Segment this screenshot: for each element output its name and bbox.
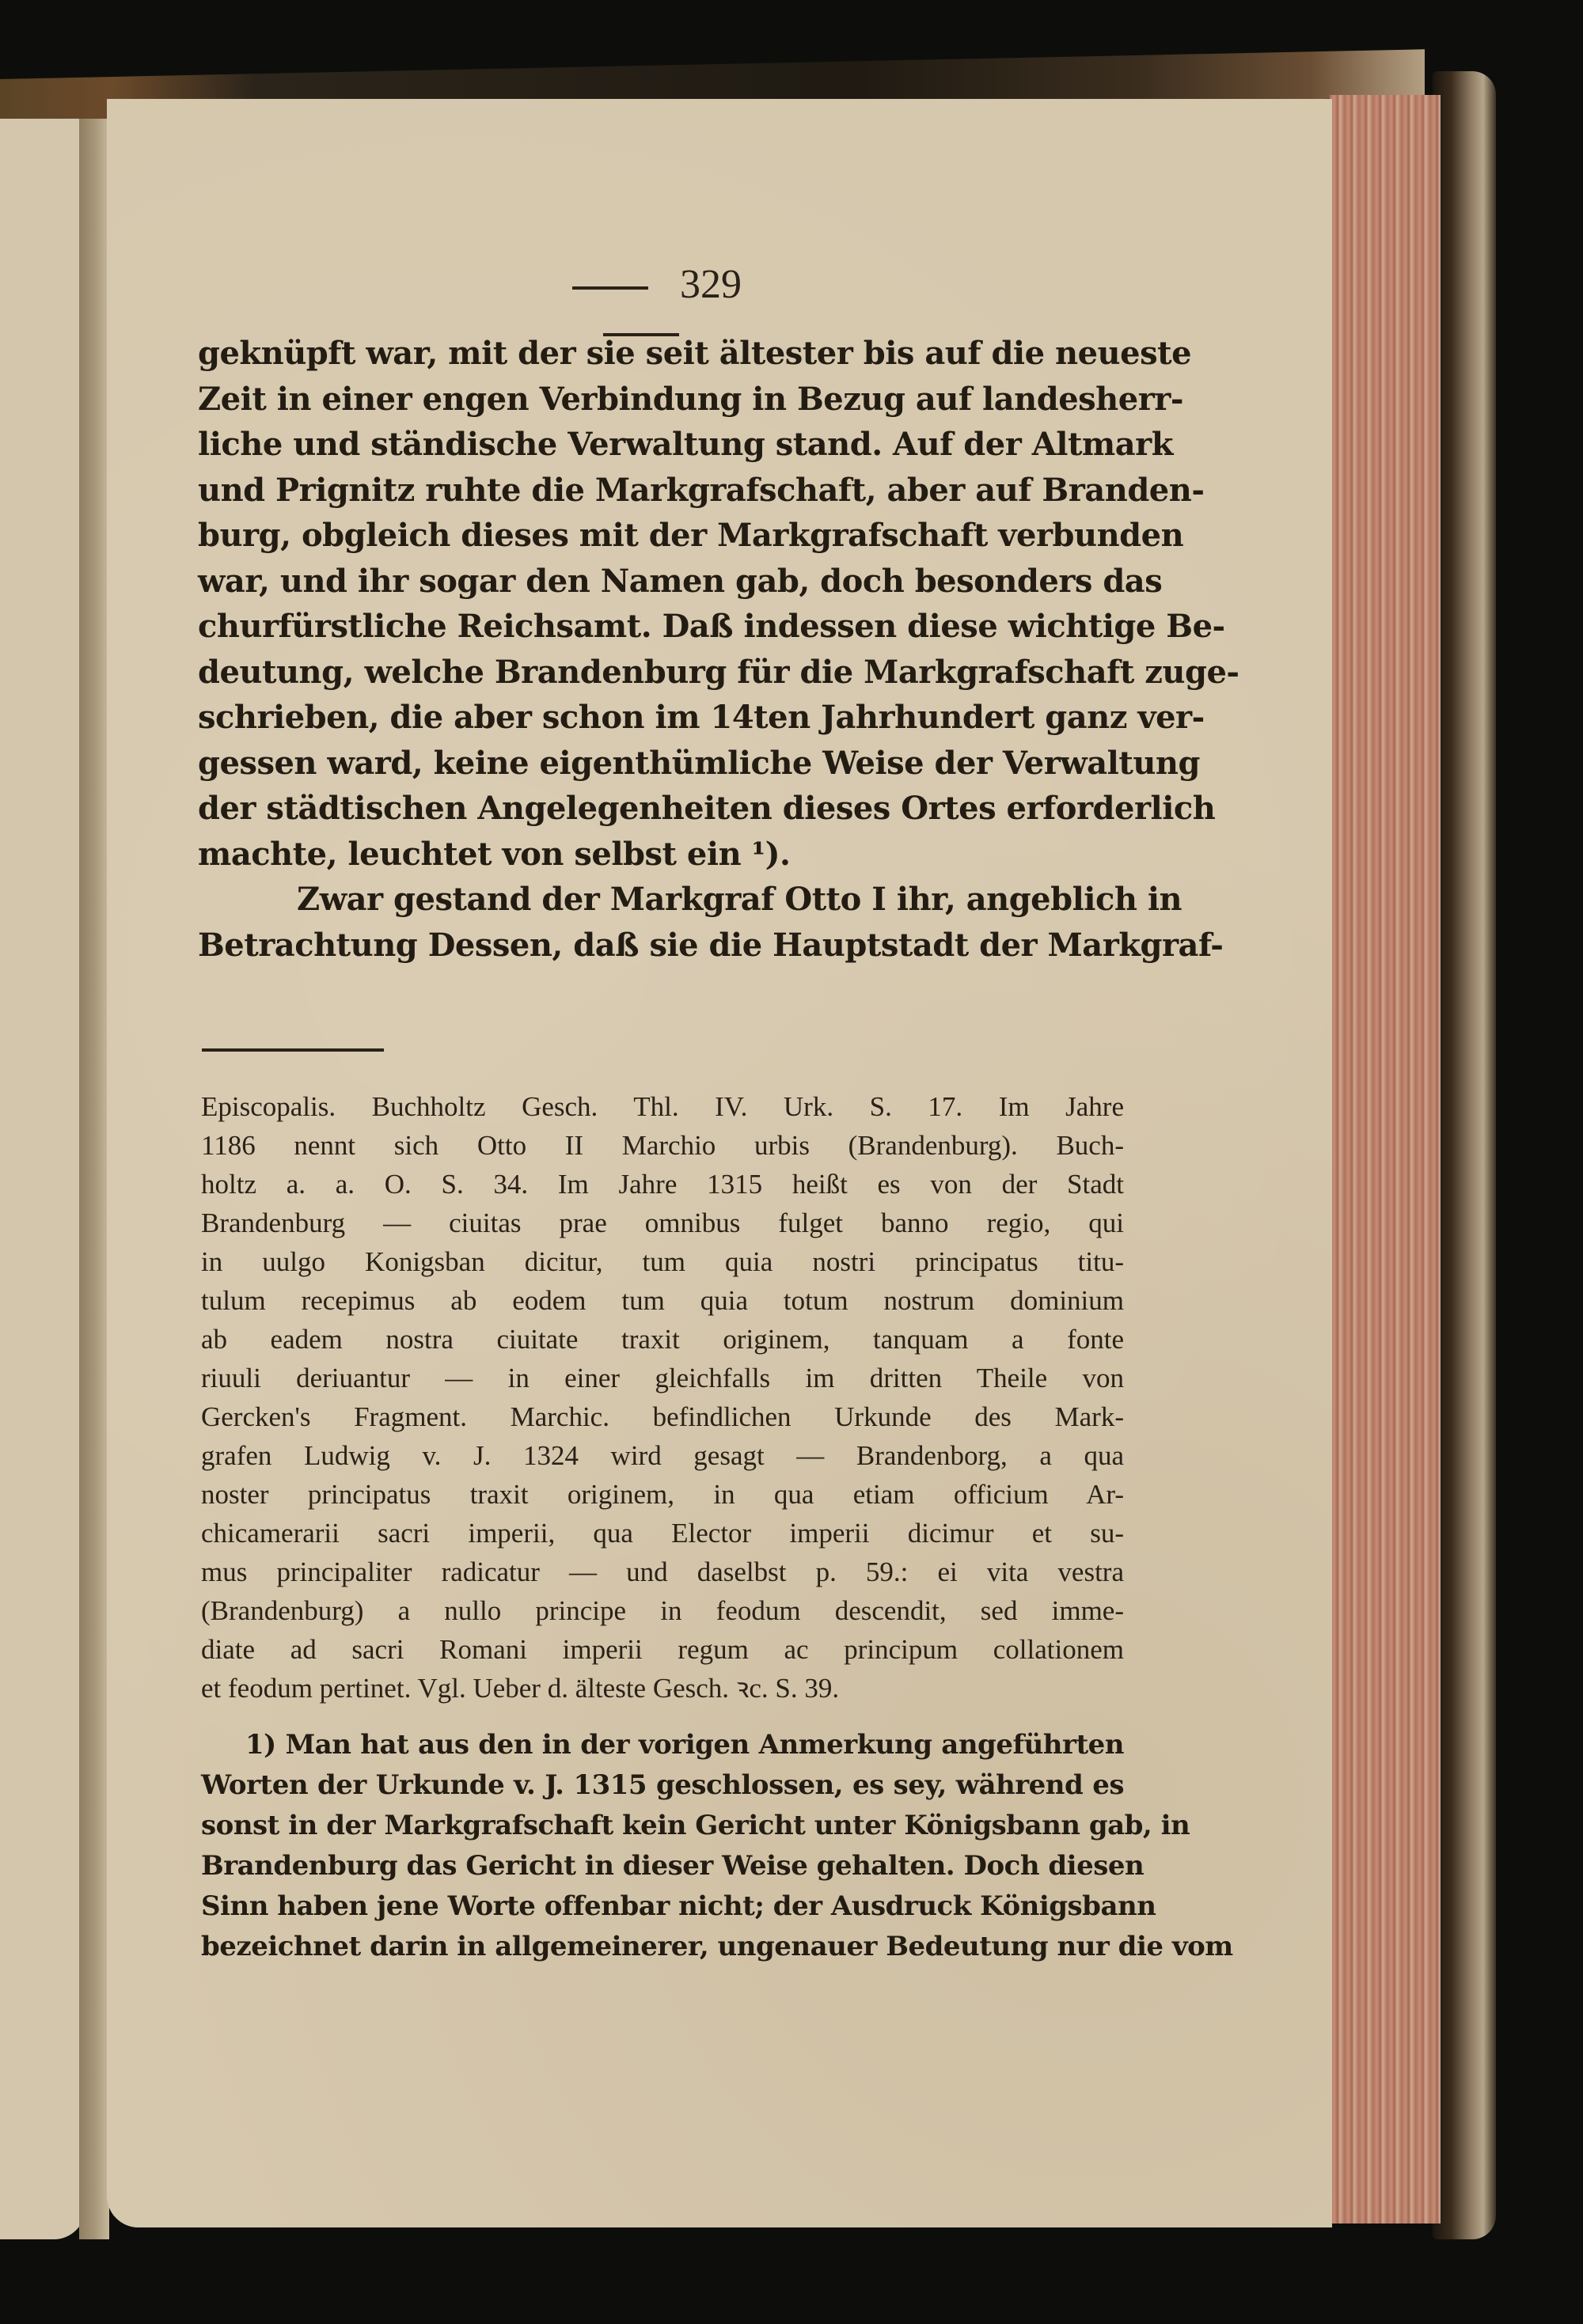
book-gutter — [79, 119, 109, 2239]
footnote-line: diate ad sacri Romani imperii regum ac p… — [201, 1630, 1124, 1669]
footnote-separator — [202, 1048, 384, 1052]
footnote-line: Gercken's Fragment. Marchic. befindliche… — [201, 1397, 1124, 1436]
footnote-line: et feodum pertinet. Vgl. Ueber d. ältest… — [201, 1669, 1124, 1708]
footnote-line: bezeichnet darin in allgemeinerer, ungen… — [201, 1927, 1124, 1967]
footnote-line: mus principaliter radicatur — und daselb… — [201, 1552, 1124, 1591]
footnote-1: 1) Man hat aus den in der vorigen Anmerk… — [201, 1725, 1124, 1967]
text-line: machte, leuchtet von selbst ein ¹). — [198, 832, 1124, 878]
text-line: der städtischen Angelegenheiten dieses O… — [198, 786, 1124, 832]
footnote-line: Worten der Urkunde v. J. 1315 geschlosse… — [201, 1765, 1124, 1806]
text-line: und Prignitz ruhte die Markgrafschaft, a… — [198, 468, 1124, 514]
text-line: war, und ihr sogar den Namen gab, doch b… — [198, 559, 1124, 605]
main-text: geknüpft war, mit der sie seit ältester … — [198, 331, 1124, 968]
footnote-line: riuuli deriuantur — in einer gleichfalls… — [201, 1359, 1124, 1397]
footnote-continued: Episcopalis. Buchholtz Gesch. Thl. IV. U… — [201, 1087, 1124, 1708]
page-block-edges — [1330, 95, 1441, 2224]
footnote-line: sonst in der Markgrafschaft kein Gericht… — [201, 1806, 1124, 1846]
footnote-line: tulum recepimus ab eodem tum quia totum … — [201, 1281, 1124, 1320]
text-line: deutung, welche Brandenburg für die Mark… — [198, 650, 1124, 696]
footnote-line: noster principatus traxit originem, in q… — [201, 1475, 1124, 1514]
footnote-line: 1) Man hat aus den in der vorigen Anmerk… — [201, 1725, 1124, 1765]
footnote-line: in uulgo Konigsban dicitur, tum quia nos… — [201, 1242, 1124, 1281]
footnote-line: Brandenburg das Gericht in dieser Weise … — [201, 1846, 1124, 1886]
text-line: Zwar gestand der Markgraf Otto I ihr, an… — [198, 877, 1124, 923]
footnote-line: Brandenburg — ciuitas prae omnibus fulge… — [201, 1204, 1124, 1242]
page-number: 329 — [680, 262, 742, 307]
folio-rule-left — [572, 286, 648, 290]
text-line: liche und ständische Verwaltung stand. A… — [198, 422, 1124, 468]
footnote-line: holtz a. a. O. S. 34. Im Jahre 1315 heiß… — [201, 1165, 1124, 1204]
footnote-line: (Brandenburg) a nullo principe in feodum… — [201, 1591, 1124, 1630]
footnote-line: Sinn haben jene Worte offenbar nicht; de… — [201, 1886, 1124, 1927]
text-line: Zeit in einer engen Verbindung in Bezug … — [198, 377, 1124, 423]
text-line: gessen ward, keine eigenthümliche Weise … — [198, 741, 1124, 787]
footnote-line: 1186 nennt sich Otto II Marchio urbis (B… — [201, 1126, 1124, 1165]
footnote-line: ab eadem nostra ciuitate traxit originem… — [201, 1320, 1124, 1359]
footnote-line: grafen Ludwig v. J. 1324 wird gesagt — B… — [201, 1436, 1124, 1475]
text-line: Betrachtung Dessen, daß sie die Hauptsta… — [198, 923, 1124, 969]
footnote-line: chicamerarii sacri imperii, qua Elector … — [201, 1514, 1124, 1552]
text-line: geknüpft war, mit der sie seit ältester … — [198, 331, 1124, 377]
text-line: burg, obgleich dieses mit der Markgrafsc… — [198, 513, 1124, 559]
text-line: schrieben, die aber schon im 14ten Jahrh… — [198, 695, 1124, 741]
text-line: churfürstliche Reichsamt. Daß indessen d… — [198, 604, 1124, 650]
left-page-sliver — [0, 119, 85, 2239]
footnote-line: Episcopalis. Buchholtz Gesch. Thl. IV. U… — [201, 1087, 1124, 1126]
book-cover-right-edge — [1433, 71, 1496, 2239]
